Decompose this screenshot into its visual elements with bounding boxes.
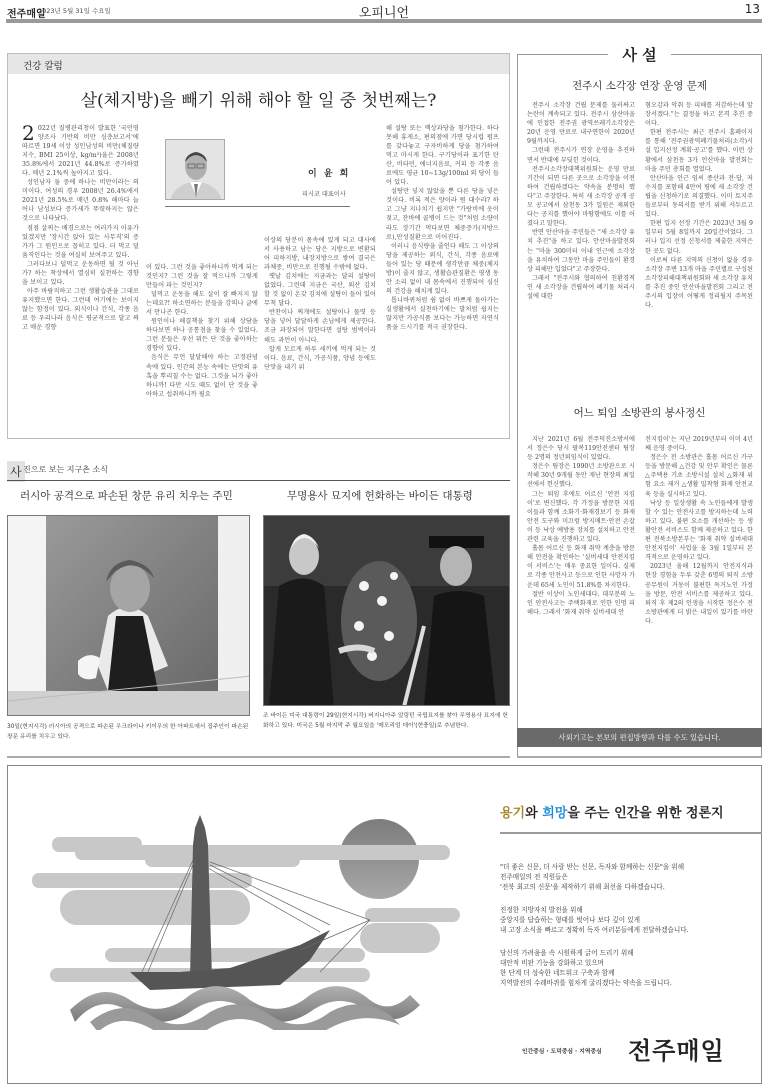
author-divider [165,206,350,207]
editorial-1-col-2: 혐오감과 악취 등 피해를 저감하는데 앞장서겠다."는 결정을 하고 본격 추… [645,101,753,310]
photo-biden-wreath[interactable] [263,515,510,706]
column-tag: 건강 칼럼 [8,54,509,74]
editorial-2-col-2: 전지킴이'는 지난 2019년부터 이미 4년째 운영 중이다. 정은수 전 소… [645,435,753,626]
ad-slogan-divider [500,832,762,834]
person-photo-icon [166,140,225,200]
editorial-1-col-1: 전주시 소각장 건립 문제를 둘러싸고 논란이 계속되고 있다. 전주시 삼산마… [527,101,635,301]
ad-slogan: 용기와 희망을 주는 인간을 위한 정론지 [500,802,724,821]
ad-paragraph-2: 진정한 지방자치 발전을 위해 중앙지를 답습하는 형태를 벗어나 보다 깊이 … [500,905,689,935]
column-text-1: 2 022년 질병관리청이 발표한 '국민영양조사 기반의 비만 심층보고서'에… [22,124,139,332]
header-divider [6,19,762,23]
editorial-heading: 사 설 [517,44,762,65]
column-text-2: 이 있다. 그런 것을 좋아하니까 먹게 되는 것인지? 그런 것을 잘 먹으니… [146,263,258,399]
photo-section-label: 진으로 보는 지구촌 소식 [23,464,108,475]
photo-section-divider [7,480,510,481]
section-divider [7,756,510,758]
photo-caption-1: 30일(현지시각) 러시아의 공격으로 파손된 우크라이나 키이우의 한 아파트… [7,722,250,742]
disclaimer-banner: 사외기고는 본보의 편집방향과 다를 수도 있습니다. [517,728,762,747]
page-number: 13 [745,2,760,16]
photo-woman-window-image [8,516,250,716]
photo-section-tag: 사 [7,461,25,482]
author-role: 피시코 대표이사 [302,189,346,198]
photo-title-2[interactable]: 무명용사 묘지에 헌화하는 바이든 대통령 [287,488,473,503]
photo-woman-window[interactable] [7,515,250,716]
editorial-bottom-divider [517,756,762,758]
photo-biden-wreath-image [264,516,510,706]
dropcap: 2 [22,124,35,142]
column-headline[interactable]: 살(체지방)을 빼기 위해 해야 할 일 중 첫번째는? [8,86,509,111]
ad-paragraph-3: 당신의 가려움을 속 시원하게 긁어 드리기 위해 대안적 비판 기능을 강화하… [500,948,672,988]
ad-paragraph-1: "더 좋은 신문, 더 사랑 받는 신문, 독자와 함께하는 신문"을 위해 전… [500,862,684,892]
column-text-4: 해 설탕 또는 액상과당을 첨가한다. 하다못해 휴게소, 편의점에 가면 당시… [386,124,499,332]
author-portrait [165,139,225,200]
author-name: 이 윤 희 [308,166,350,179]
ad-motto: 인간중심 · 도덕중심 · 지역중심 [522,1046,602,1055]
ad-illustration [30,800,470,1034]
editorial-2-col-1: 지난 2021년 6월 전주덕진소방서에서 정은수 당시 팔복119안전센터 팀… [527,435,635,617]
editorial-title-1[interactable]: 전주시 소각장 연장 운영 문제 [518,78,761,93]
photo-caption-2: 조 바이든 미국 대통령이 29일(현지시각) 버지니아주 알링턴 국립묘지를 … [263,711,510,731]
pen-nib-ship-icon [30,800,470,1030]
editorial-title-2[interactable]: 어느 퇴임 소방관의 봉사정신 [518,405,761,420]
column-text-3: 이상의 당분이 몸속에 있게 되고 대사에서 사용하고 남는 당은 지방으로 변… [264,236,376,372]
photo-title-1[interactable]: 러시아 공격으로 파손된 창문 유리 치우는 주민 [20,488,233,503]
ad-logo: 전주매일 [628,1031,725,1066]
